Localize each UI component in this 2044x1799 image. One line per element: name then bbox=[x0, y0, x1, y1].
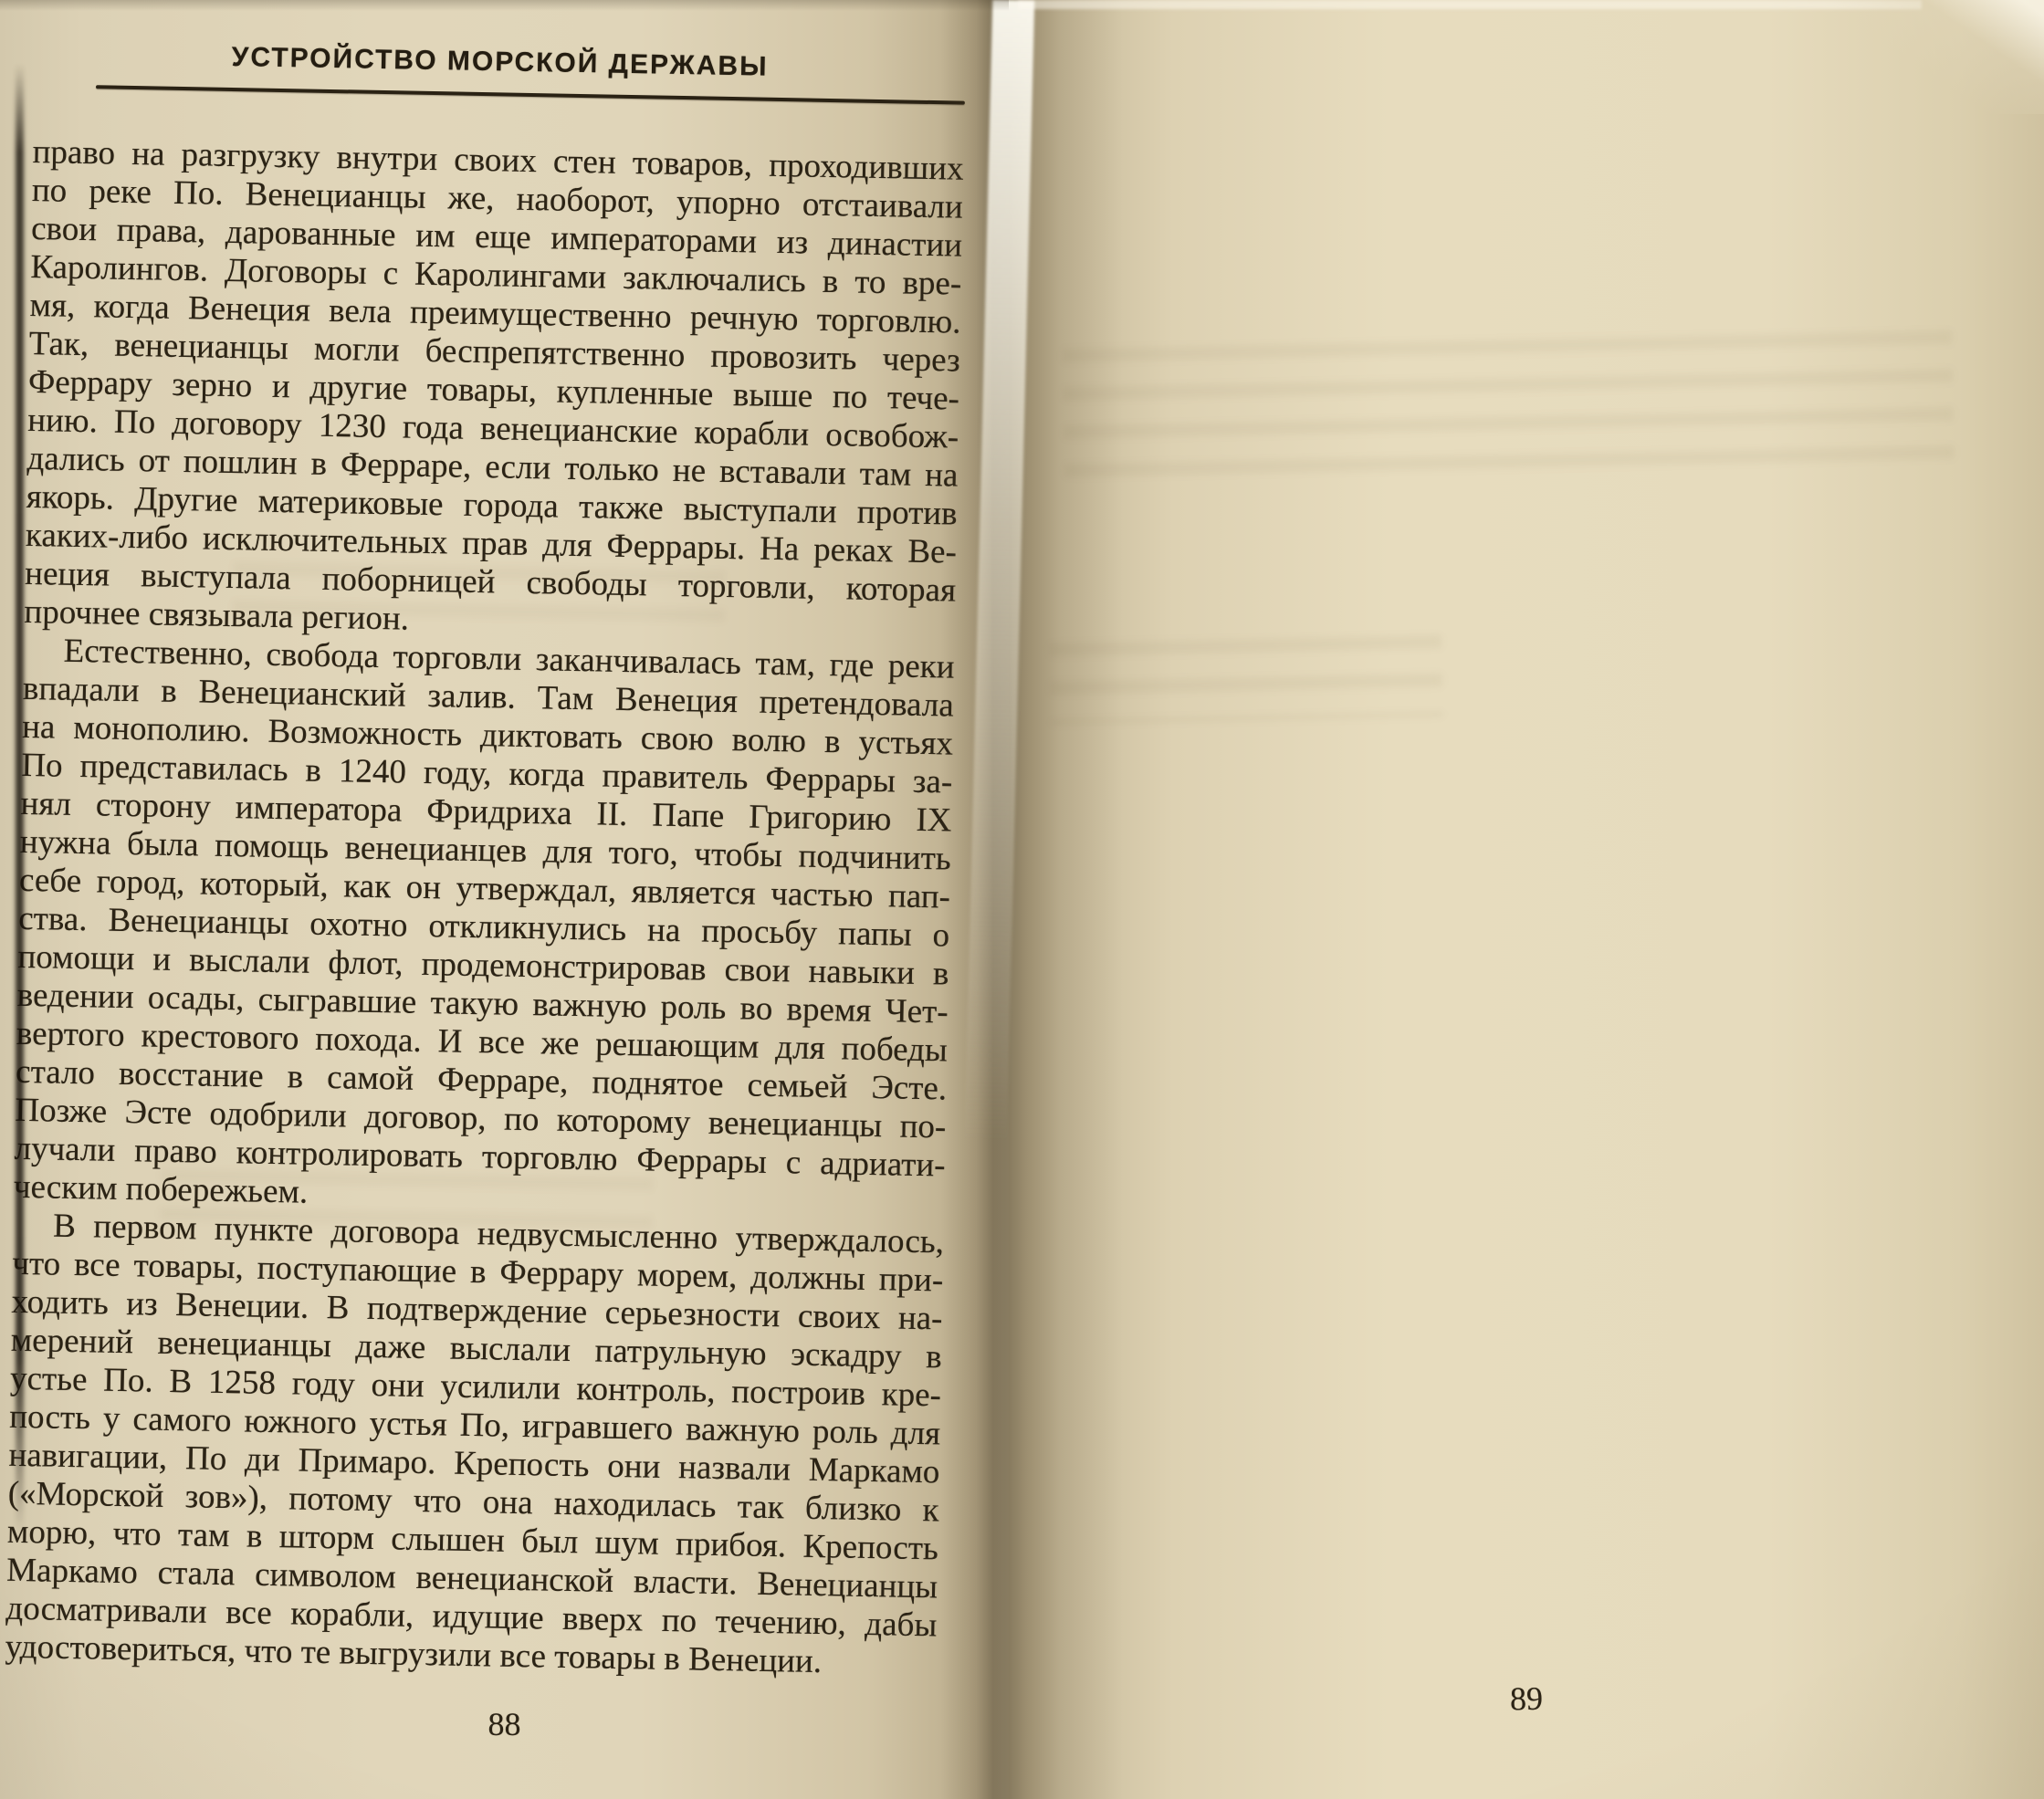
paragraph: право на разгрузку внутри своих стен тов… bbox=[24, 133, 964, 649]
left-page: УСТРОЙСТВО МОРСКОЙ ДЕРЖАВЫ право на разг… bbox=[0, 0, 1009, 1799]
header-rule-left bbox=[96, 85, 965, 104]
left-page-body: право на разгрузку внутри своих стен тов… bbox=[5, 133, 964, 1683]
paragraph: В первом пункте договора недвусмысленно … bbox=[5, 1207, 944, 1684]
open-book-photo: УСТРОЙСТВО МОРСКОЙ ДЕРЖАВЫ право на разг… bbox=[0, 0, 2044, 1799]
paragraph: Естественно, свобода торговли заканчивал… bbox=[14, 632, 955, 1224]
page-number-right: 89 bbox=[1009, 1668, 2044, 1729]
running-header-left: УСТРОЙСТВО МОРСКОЙ ДЕРЖАВЫ bbox=[34, 38, 965, 87]
left-page-content: УСТРОЙСТВО МОРСКОЙ ДЕРЖАВЫ право на разг… bbox=[5, 38, 966, 1683]
right-page: Глава 6. ВЛАДЫЧЕСТВО В ВЕНЕЦИАНСКОМ ЗАЛИ… bbox=[1009, 0, 2044, 1799]
page-number-left: 88 bbox=[0, 1705, 1009, 1743]
